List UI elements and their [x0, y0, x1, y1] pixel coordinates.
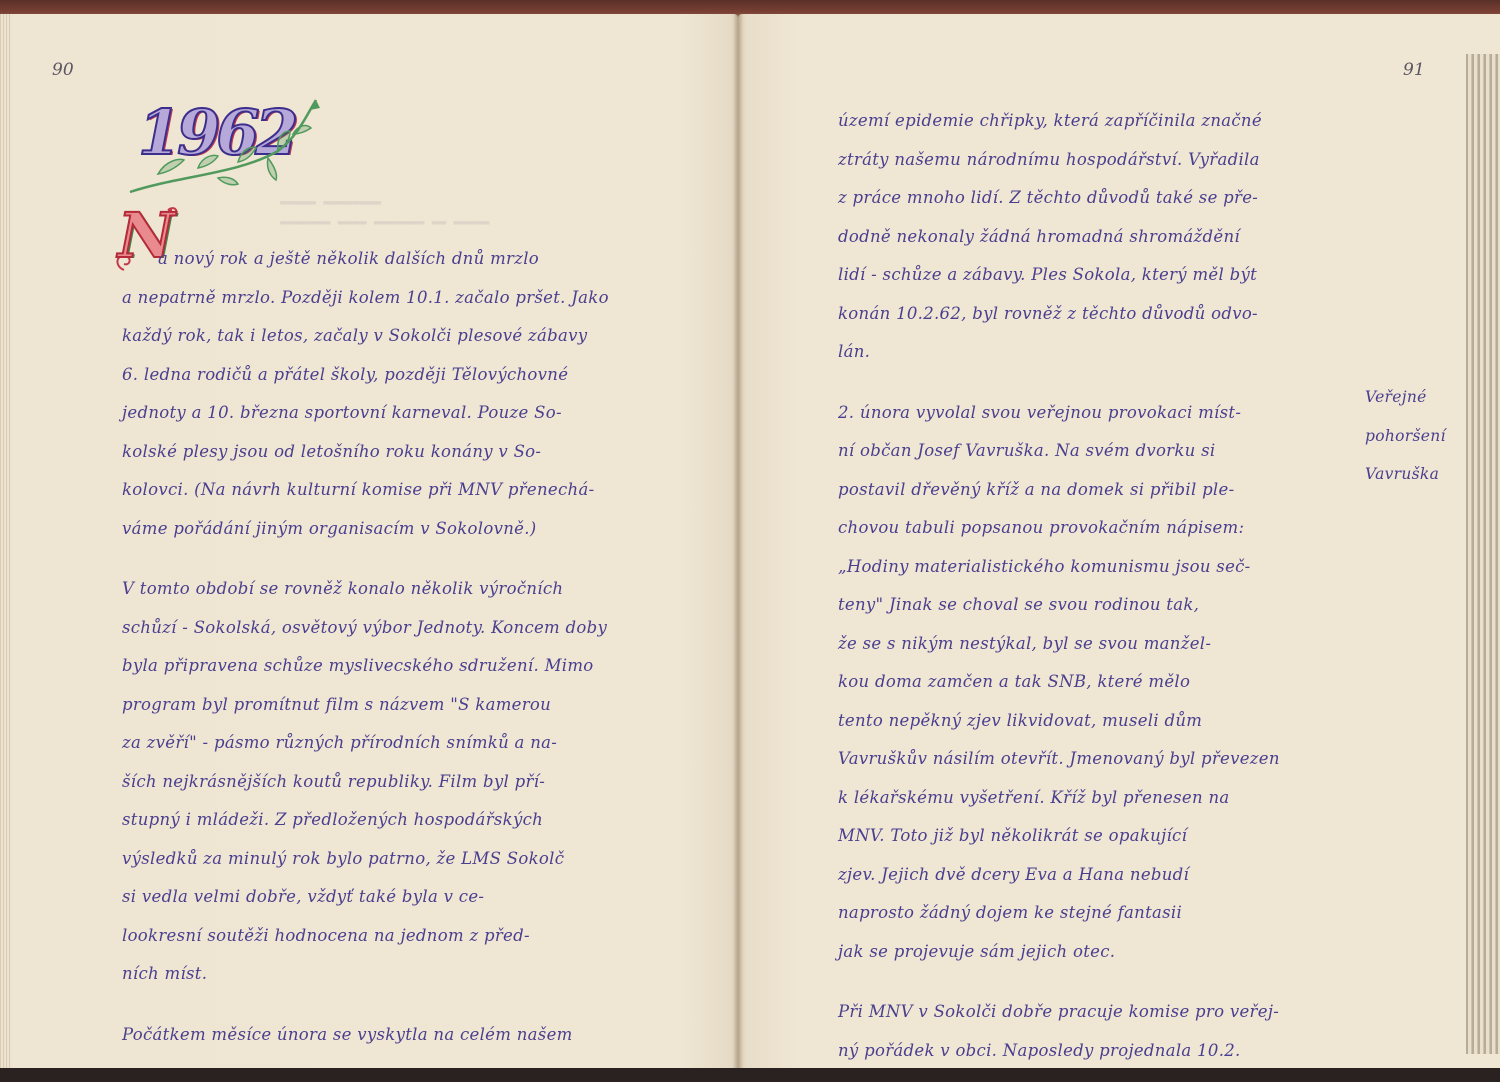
text-line: za zvěří" - pásmo různých přírodních sní…: [122, 724, 722, 763]
text-line: ní občan Josef Vavruška. Na svém dvorku …: [838, 432, 1358, 471]
margin-note: Veřejné pohoršení Vavruška: [1365, 378, 1475, 494]
text-line: jednoty a 10. března sportovní karneval.…: [122, 394, 722, 433]
text-line: schůzí - Sokolská, osvětový výbor Jednot…: [122, 609, 722, 648]
paragraph: území epidemie chřipky, která zapříčinil…: [838, 102, 1358, 372]
text-line: Vavruškův násilím otevřít. Jmenovaný byl…: [838, 740, 1358, 779]
text-line: konán 10.2.62, byl rovněž z těchto důvod…: [838, 295, 1358, 334]
text-line: 2. února vyvolal svou veřejnou provokaci…: [838, 394, 1358, 433]
text-line: jak se projevuje sám jejich otec.: [838, 933, 1358, 972]
text-line: dodně nekonaly žádná hromadná shromážděn…: [838, 218, 1358, 257]
paragraph: Počátkem měsíce února se vyskytla na cel…: [122, 1016, 722, 1055]
text-line: 6. ledna rodičů a přátel školy, později …: [122, 356, 722, 395]
text-line: a nový rok a ještě několik dalších dnů m…: [122, 240, 722, 279]
paragraph: Při MNV v Sokolči dobře pracuje komise p…: [838, 993, 1358, 1070]
text-line: zjev. Jejich dvě dcery Eva a Hana nebudí: [838, 856, 1358, 895]
text-line: chovou tabuli popsanou provokačním nápis…: [838, 509, 1358, 548]
page-edges: [1466, 54, 1500, 1054]
text-line: území epidemie chřipky, která zapříčinil…: [838, 102, 1358, 141]
paragraph: 2. února vyvolal svou veřejnou provokaci…: [838, 394, 1358, 972]
text-line: že se s nikým nestýkal, byl se svou manž…: [838, 625, 1358, 664]
text-line: ztráty našemu národnímu hospodářství. Vy…: [838, 141, 1358, 180]
text-line: ních míst.: [122, 955, 722, 994]
text-line: z práce mnoho lidí. Z těchto důvodů také…: [838, 179, 1358, 218]
text-line: lán.: [838, 333, 1358, 372]
text-line: Při MNV v Sokolči dobře pracuje komise p…: [838, 993, 1358, 1032]
text-line: váme pořádání jiným organisacím v Sokolo…: [122, 510, 722, 549]
text-line: V tomto období se rovněž konalo několik …: [122, 570, 722, 609]
text-line: Počátkem měsíce února se vyskytla na cel…: [122, 1016, 722, 1055]
margin-note-line: pohoršení: [1365, 417, 1475, 456]
text-line: postavil dřevěný kříž a na domek si přib…: [838, 471, 1358, 510]
margin-note-line: Vavruška: [1365, 455, 1475, 494]
margin-note-line: Veřejné: [1365, 378, 1475, 417]
text-line: teny" Jinak se choval se svou rodinou ta…: [838, 586, 1358, 625]
text-line: výsledků za minulý rok bylo patrno, že L…: [122, 840, 722, 879]
text-line: MNV. Toto již byl několikrát se opakujíc…: [838, 817, 1358, 856]
text-line: program byl promítnut film s názvem "S k…: [122, 686, 722, 725]
text-line: kolovci. (Na návrh kulturní komise při M…: [122, 471, 722, 510]
book-spine: [733, 14, 743, 1069]
text-line: si vedla velmi dobře, vždyť také byla v …: [122, 878, 722, 917]
left-page-text: a nový rok a ještě několik dalších dnů m…: [122, 240, 722, 1054]
text-line: stupný i mládeži. Z předložených hospodá…: [122, 801, 722, 840]
text-line: lookresní soutěži hodnocena na jednom z …: [122, 917, 722, 956]
text-line: kolské plesy jsou od letošního roku koná…: [122, 433, 722, 472]
page-number-left: 90: [52, 60, 74, 80]
text-line: kou doma zamčen a tak SNB, které mělo: [838, 663, 1358, 702]
page-number-right: 91: [1403, 60, 1425, 80]
text-line: tento nepěkný zjev likvidovat, museli dů…: [838, 702, 1358, 741]
paragraph: a nový rok a ještě několik dalších dnů m…: [122, 240, 722, 548]
text-line: lidí - schůze a zábavy. Ples Sokola, kte…: [838, 256, 1358, 295]
text-line: byla připravena schůze myslivecského sdr…: [122, 647, 722, 686]
text-line: a nepatrně mrzlo. Později kolem 10.1. za…: [122, 279, 722, 318]
text-line: každý rok, tak i letos, začaly v Sokolči…: [122, 317, 722, 356]
vine-ornament-icon: [128, 96, 348, 206]
year-heading-block: 1962: [138, 96, 338, 196]
book-cover-bottom: [0, 1068, 1500, 1082]
paragraph: V tomto období se rovněž konalo několik …: [122, 570, 722, 994]
right-page-text: území epidemie chřipky, která zapříčinil…: [838, 102, 1358, 1070]
text-line: naprosto žádný dojem ke stejné fantasii: [838, 894, 1358, 933]
text-line: k lékařskému vyšetření. Kříž byl přenese…: [838, 779, 1358, 818]
text-line: „Hodiny materialistického komunismu jsou…: [838, 548, 1358, 587]
text-line: ný pořádek v obci. Naposledy projednala …: [838, 1032, 1358, 1071]
text-line: ších nejkrásnějších koutů republiky. Fil…: [122, 763, 722, 802]
